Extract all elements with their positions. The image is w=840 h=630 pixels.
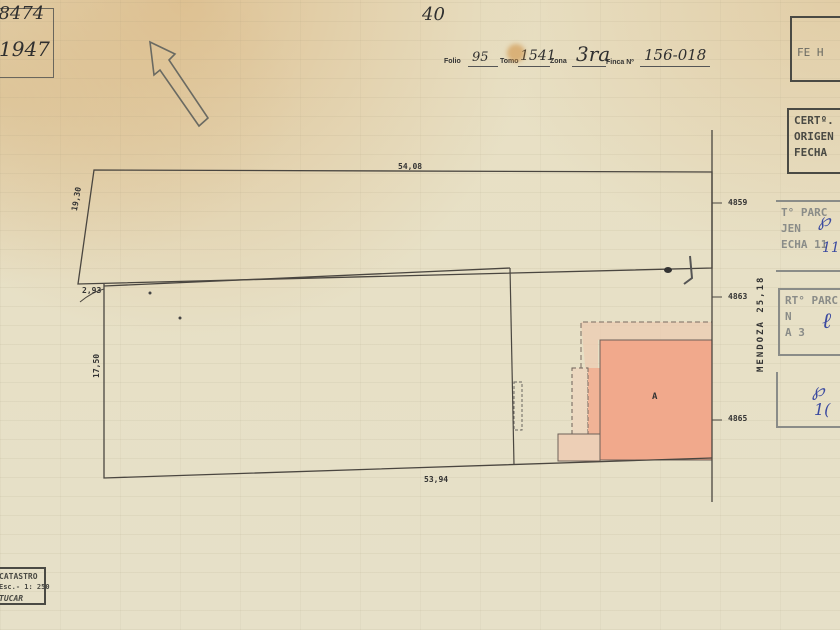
stamp-cert-main: CERTº. PA ORIGEN FECHA <box>787 108 840 174</box>
catastro-line1: CATASTRO <box>0 571 41 582</box>
cert-main-line1: CERTº. PA <box>794 113 840 129</box>
blue-signature-5: 1( <box>814 400 830 419</box>
catastro-line3: TUCAR <box>0 593 41 604</box>
plot-plan-drawing <box>0 0 840 630</box>
dim-top: 54,08 <box>398 162 422 171</box>
street-number-2: 4863 <box>728 292 747 301</box>
dim-bottom: 53,94 <box>424 475 448 484</box>
blue-signature-1: ℘ <box>818 210 831 231</box>
north-arrow-icon <box>150 42 208 126</box>
building-label-a: A <box>652 392 657 402</box>
blue-signature-2: 11 <box>822 240 840 256</box>
dim-left-lower: 17,50 <box>92 354 101 378</box>
cert-main-line3: FECHA <box>794 145 840 161</box>
stamp-top-right: FE H <box>790 16 840 82</box>
street-name-mendoza: MENDOZA 25,18 <box>756 276 766 372</box>
catastro-line2: Esc.- 1: 250 <box>0 582 41 593</box>
street-number-3: 4865 <box>728 414 747 423</box>
blue-signature-3: ℓ <box>822 308 831 334</box>
street-number-1: 4859 <box>728 198 747 207</box>
stamp-catastro: CATASTRO Esc.- 1: 250 TUCAR <box>0 567 46 605</box>
dim-left-offset: 2,93 <box>82 286 101 295</box>
blue-signature-4: ℘ <box>812 380 825 401</box>
cert-main-line2: ORIGEN <box>794 129 840 145</box>
